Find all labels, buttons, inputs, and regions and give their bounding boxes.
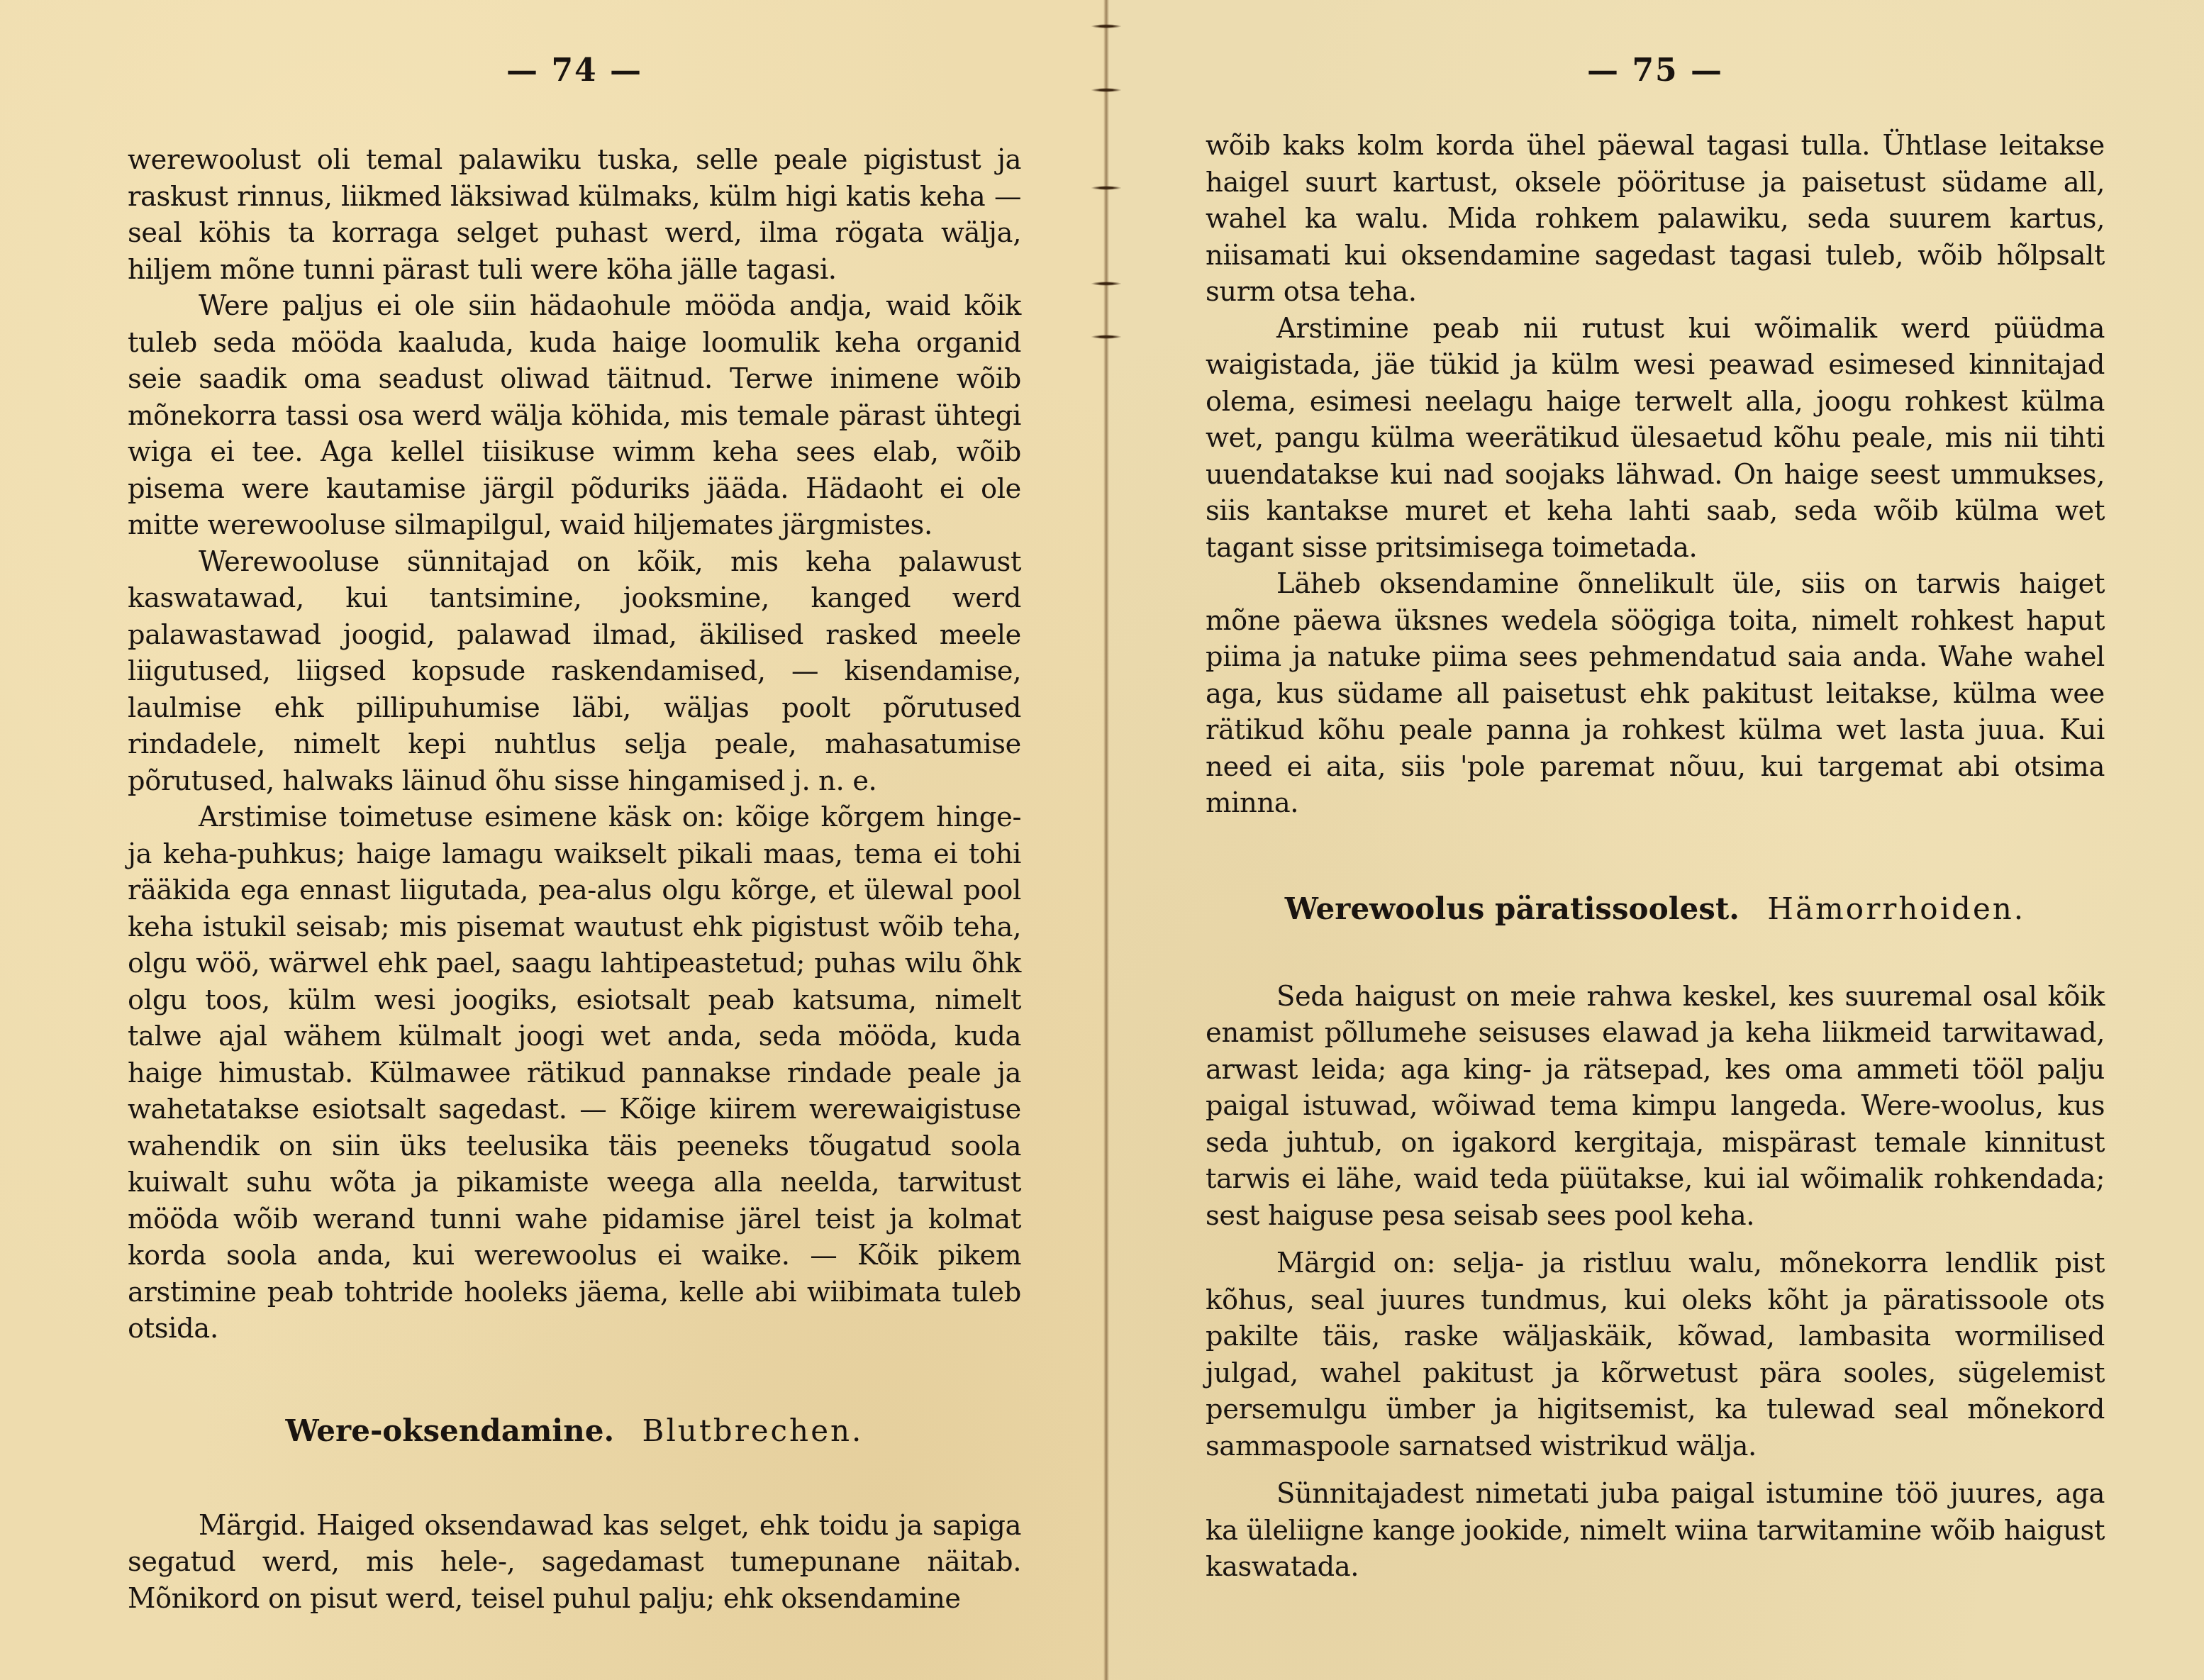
right-page: — 75 — wõib kaks kolm korda ühel päewal … <box>1106 0 2204 1680</box>
paragraph-gap <box>1206 1234 2105 1245</box>
paragraph: Were paljus ei ole siin hädaohule mööda … <box>128 288 1021 544</box>
page-number: — 74 — <box>128 50 1021 92</box>
page-number: — 75 — <box>1206 50 2105 92</box>
paragraph: Märgid on: selja- ja ristluu walu, mõnek… <box>1206 1245 2105 1464</box>
paragraph: Märgid. Haiged oksendawad kas selget, eh… <box>128 1508 1021 1618</box>
paragraph: Arstimine peab nii rutust kui wõimalik w… <box>1206 311 2105 567</box>
binding-stitch <box>1091 88 1122 92</box>
paragraph: Werewooluse sünnitajad on kõik, mis keha… <box>128 544 1021 800</box>
left-page: — 74 — werewoolust oli temal palawiku tu… <box>0 0 1106 1680</box>
section-heading: Werewoolus päratissoolest. Hämorrhoiden. <box>1206 889 2105 929</box>
section-subtitle: Hämorrhoiden. <box>1767 891 2025 926</box>
section-subtitle: Blutbrechen. <box>642 1413 864 1448</box>
book-gutter <box>1103 0 1109 1680</box>
binding-stitch <box>1091 186 1122 190</box>
section-heading: Were-oksendamine. Blutbrechen. <box>128 1411 1021 1451</box>
binding-stitch <box>1091 24 1122 28</box>
paragraph: Läheb oksendamine õnnelikult üle, siis o… <box>1206 566 2105 822</box>
binding-stitch <box>1091 335 1122 339</box>
paragraph: wõib kaks kolm korda ühel päewal tagasi … <box>1206 128 2105 311</box>
paragraph: Seda haigust on meie rahwa keskel, kes s… <box>1206 979 2105 1235</box>
paragraph: werewoolust oli temal palawiku tuska, se… <box>128 142 1021 288</box>
paragraph: Arstimise toimetuse esimene käsk on: kõi… <box>128 799 1021 1347</box>
paragraph-gap <box>1206 1464 2105 1476</box>
paragraph: Sünnitajadest nimetati juba paigal istum… <box>1206 1476 2105 1586</box>
binding-stitch <box>1091 282 1122 286</box>
section-title: Werewoolus päratissoolest. <box>1285 891 1740 926</box>
section-title: Were-oksendamine. <box>286 1413 615 1448</box>
book-spread: — 74 — werewoolust oli temal palawiku tu… <box>0 0 2204 1680</box>
